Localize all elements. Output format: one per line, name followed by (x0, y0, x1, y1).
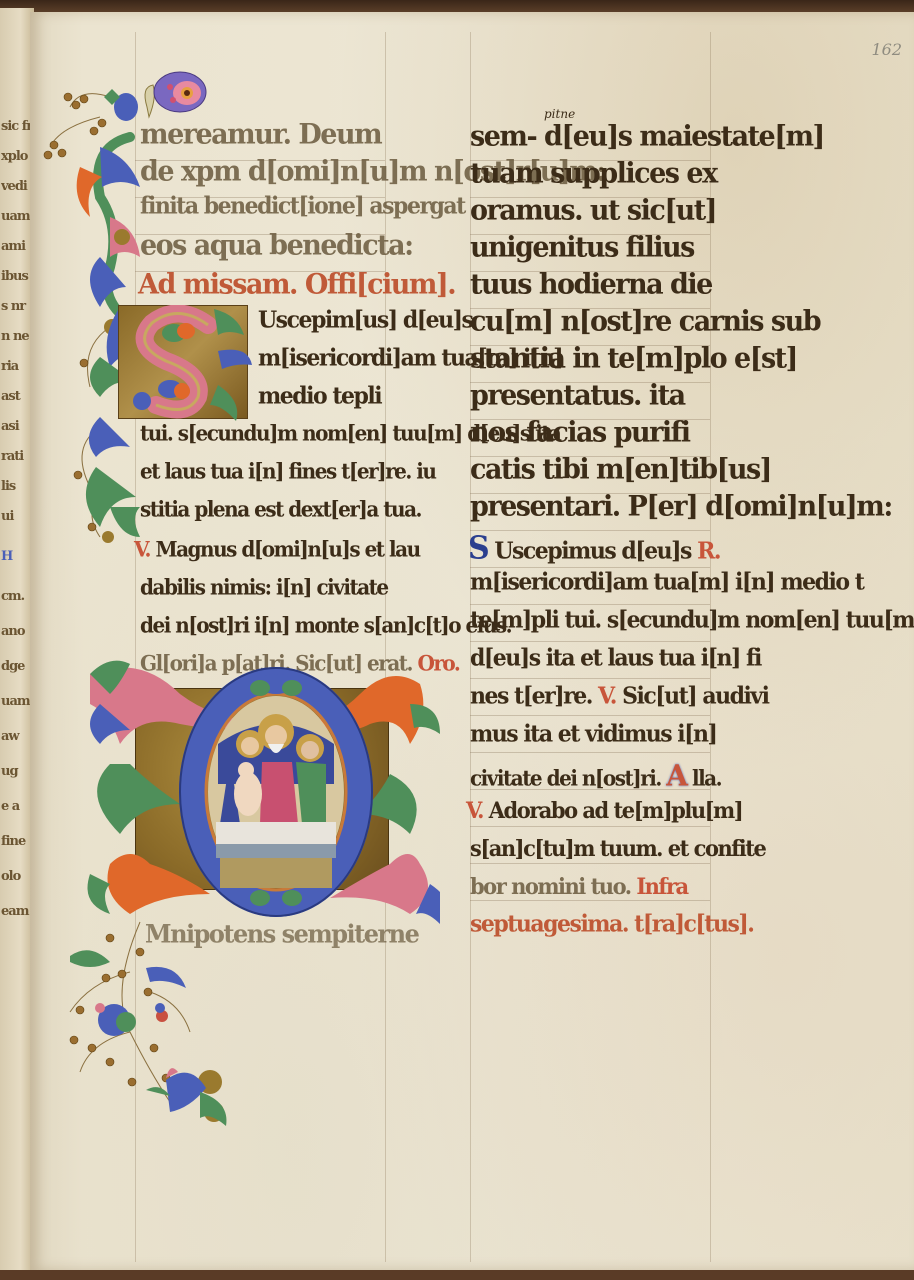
text-line: eos aqua benedicta: (140, 229, 413, 262)
verse-line: bor nomini tuo. Infra (470, 873, 688, 899)
facing-text-line: asi (1, 418, 31, 436)
facing-text-line: ui (1, 508, 31, 526)
facing-page-edge: sic fr xplo vedi uam ami ibus s nr n ne … (0, 8, 34, 1270)
rubric-heading: Ad missam. Offi[cium]. (138, 268, 455, 301)
facing-text-line: ria (1, 358, 31, 376)
ruling-line (470, 900, 710, 901)
verse-text: Adorabo ad te[m]plu[m] (489, 797, 742, 823)
versicle-mark: V. (466, 797, 483, 823)
versicle-mark: V. (598, 683, 616, 710)
facing-text-line: olo (1, 868, 31, 886)
facing-text-line: rati (1, 448, 31, 466)
text-line: dabilis nimis: i[n] civitate (140, 575, 388, 600)
verse-line: V. Magnus d[omi]n[u]s et lau (134, 537, 420, 562)
verse-line: V. Adorabo ad te[m]plu[m] (466, 797, 742, 823)
ruling-line (470, 826, 710, 827)
text-line: nos facias purifi (470, 416, 690, 449)
ruling-line (470, 678, 710, 679)
facing-text-line: lis (1, 478, 31, 496)
ruling-line (470, 715, 710, 716)
facing-text-line: e a (1, 798, 31, 816)
manuscript-page: 162 mereamur. Deum de xpm d[omi]n[u]m n[… (30, 12, 914, 1270)
facing-text-line: xplo (1, 148, 31, 166)
facing-text-line: eam (1, 903, 31, 921)
facing-text-line: ug (1, 763, 31, 781)
facing-text-line: cm. (1, 588, 31, 606)
facing-text-line: sic fr (1, 118, 31, 136)
ruling-line (470, 752, 710, 753)
text-line: medio tepli (258, 383, 381, 410)
facing-text-line: fine (1, 833, 31, 851)
text-line: presentatus. ita (470, 379, 685, 412)
rubric-line: septuagesima. t[ra]c[tus]. (470, 911, 753, 938)
initial-o-miniature (70, 644, 440, 934)
verse-text: Magnus d[omi]n[u]s et lau (155, 537, 419, 562)
verse-text: bor nomini tuo. (470, 873, 631, 899)
ruling-line (470, 604, 710, 605)
rubric-text: Infra (636, 873, 687, 899)
text-line: dei n[ost]ri i[n] monte s[an]c[t]o eius. (140, 613, 511, 638)
facing-text-line: vedi (1, 178, 31, 196)
text-line: Uscepim[us] d[eu]s (258, 307, 472, 334)
text-line: finita benedict[ione] aspergat (140, 193, 465, 220)
text-line: d[eu]s ita et laus tua i[n] fi (470, 645, 761, 672)
text-line: tuus hodierna die (470, 268, 712, 301)
facing-text-line: uam (1, 208, 31, 226)
folio-number: 162 (871, 40, 902, 59)
text-line: sem- d[eu]s maiestate[m] (470, 120, 824, 153)
verse-text: Sic[ut] audivi (622, 683, 768, 710)
text-line: s[an]c[tu]m tuum. et confite (470, 835, 765, 861)
facing-text-line: ami (1, 238, 31, 256)
text-line: et laus tua i[n] fines t[er]re. iu (140, 459, 435, 484)
ruling-line (470, 863, 710, 864)
ruling-line (470, 641, 710, 642)
verse-line: nes t[er]re. V. Sic[ut] audivi (470, 683, 769, 710)
text-line: te[m]pli tui. s[ecundu]m nom[en] tuu[m] (470, 607, 914, 634)
text-line: catis tibi m[en]tib[us] (470, 453, 771, 486)
text-line: stitia plena est dext[er]a tua. (140, 497, 421, 522)
interlinear-gloss: pitne (544, 107, 575, 121)
binding-top-edge (0, 0, 914, 12)
verse-line: civitate dei n[ost]ri. A lla. (470, 758, 721, 793)
text-line: tuam supplices ex (470, 157, 717, 190)
text-line: m[isericordi]am tua[m] i[n] medio t (470, 569, 863, 596)
facing-text-line: ano (1, 623, 31, 641)
initial-s-illumination (118, 305, 258, 425)
border-foliage-lower (50, 912, 240, 1132)
verse-line: S Uscepimus d[eu]s R. (468, 530, 720, 567)
facing-text-line: dge (1, 658, 31, 676)
red-initial: A (666, 758, 686, 793)
verse-text: lla. (692, 766, 721, 791)
text-line: oramus. ut sic[ut] (470, 194, 716, 227)
verse-text: civitate dei n[ost]ri. (470, 766, 661, 791)
text-line: cu[m] n[ost]re carnis sub (470, 305, 820, 338)
text-line: mus ita et vidimus i[n] (470, 721, 716, 748)
verse-text: nes t[er]re. (470, 683, 592, 710)
facing-text-line: ibus (1, 268, 31, 286)
facing-text-line: s nr (1, 298, 31, 316)
text-line: unigenitus filius (470, 231, 694, 264)
binding-bottom-edge (0, 1270, 914, 1280)
facing-text-line: ast (1, 388, 31, 406)
facing-initial: H (1, 548, 31, 566)
verse-text: Uscepimus d[eu]s (494, 538, 691, 565)
facing-text-line: uam (1, 693, 31, 711)
text-line: presentari. P[er] d[omi]n[u]m: (470, 490, 892, 523)
facing-text-line: aw (1, 728, 31, 746)
facing-text-line: n ne (1, 328, 31, 346)
text-line: stantia in te[m]plo e[st] (470, 342, 797, 375)
rubric-text: R. (697, 538, 720, 565)
blue-initial: S (468, 530, 488, 567)
